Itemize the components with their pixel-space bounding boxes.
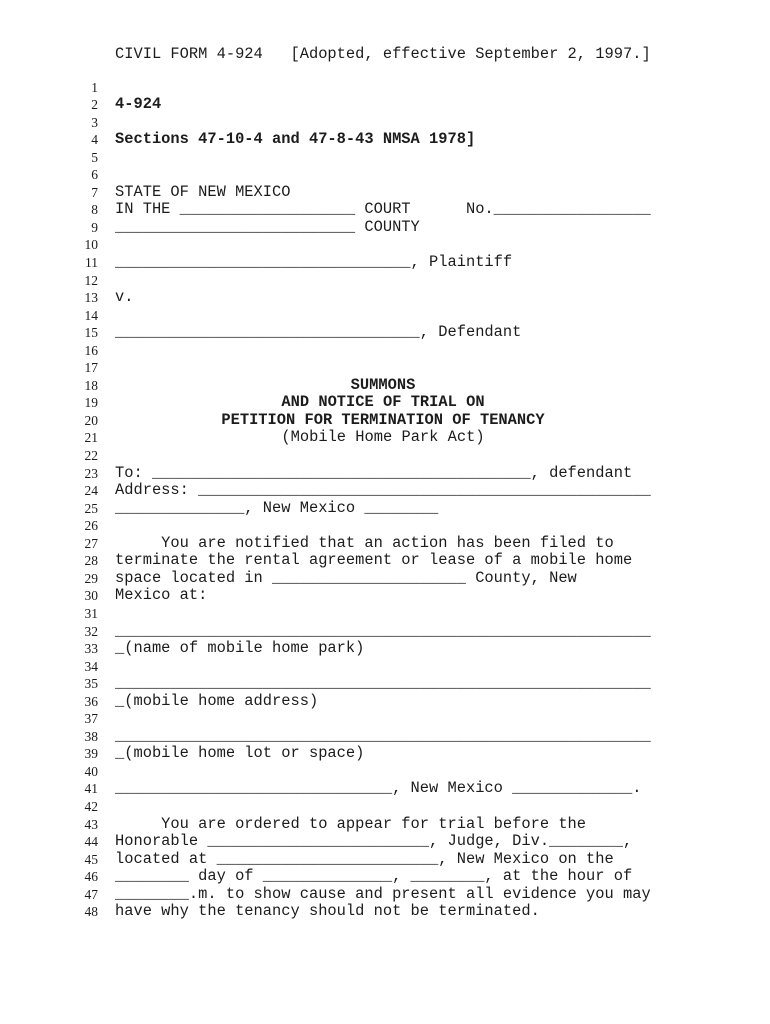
line-text <box>115 447 651 465</box>
line-text <box>115 149 651 167</box>
line-row: 45located at ________________________, N… <box>0 851 770 869</box>
line-text <box>115 166 651 184</box>
line-number: 26 <box>0 517 98 535</box>
line-row: 36_(mobile home address) <box>0 693 770 711</box>
line-text <box>115 79 651 97</box>
line-row: 16 <box>0 342 770 360</box>
line-text: IN THE ___________________ COURT No.____… <box>115 201 651 219</box>
line-number: 46 <box>0 868 98 886</box>
line-row: 47________.m. to show cause and present … <box>0 886 770 904</box>
line-row: 23To: __________________________________… <box>0 465 770 483</box>
line-row: 41______________________________, New Me… <box>0 780 770 798</box>
line-row: 12 <box>0 272 770 290</box>
line-text <box>115 517 651 535</box>
line-row: 3 <box>0 114 770 132</box>
line-text: _(mobile home address) <box>115 693 651 711</box>
line-number: 39 <box>0 745 98 763</box>
line-text: Address: _______________________________… <box>115 482 651 500</box>
line-number: 14 <box>0 307 98 325</box>
line-number: 25 <box>0 500 98 518</box>
line-text: Honorable ________________________, Judg… <box>115 833 651 851</box>
line-number: 40 <box>0 763 98 781</box>
line-text <box>115 272 651 290</box>
line-text: You are ordered to appear for trial befo… <box>115 816 651 834</box>
line-number: 20 <box>0 412 98 430</box>
line-text: ______________, New Mexico ________ <box>115 500 651 518</box>
line-row: 29space located in _____________________… <box>0 570 770 588</box>
line-number: 16 <box>0 342 98 360</box>
line-number: 15 <box>0 324 98 342</box>
line-number: 23 <box>0 465 98 483</box>
line-text <box>115 763 651 781</box>
line-number: 17 <box>0 359 98 377</box>
line-number: 6 <box>0 166 98 184</box>
line-row: 31 <box>0 605 770 623</box>
line-number: 47 <box>0 886 98 904</box>
line-row: 46________ day of ______________, ______… <box>0 868 770 886</box>
line-number: 5 <box>0 149 98 167</box>
line-number: 24 <box>0 482 98 500</box>
line-text: PETITION FOR TERMINATION OF TENANCY <box>115 412 651 430</box>
line-number: 35 <box>0 675 98 693</box>
line-number: 7 <box>0 184 98 202</box>
line-row: 26 <box>0 517 770 535</box>
line-row: 37 <box>0 710 770 728</box>
line-number: 22 <box>0 447 98 465</box>
line-text <box>115 236 651 254</box>
line-number: 36 <box>0 693 98 711</box>
document-page: CIVIL FORM 4-924 [Adopted, effective Sep… <box>0 0 770 1024</box>
line-row: 21(Mobile Home Park Act) <box>0 429 770 447</box>
line-number: 13 <box>0 289 98 307</box>
line-row: 43 You are ordered to appear for trial b… <box>0 816 770 834</box>
line-number: 28 <box>0 552 98 570</box>
line-row: 10 <box>0 236 770 254</box>
line-row: 5 <box>0 149 770 167</box>
line-text: ________________________________________… <box>115 728 651 746</box>
line-row: 42 <box>0 798 770 816</box>
line-text <box>115 710 651 728</box>
line-row: 28terminate the rental agreement or leas… <box>0 552 770 570</box>
line-row: 33_(name of mobile home park) <box>0 640 770 658</box>
line-number: 3 <box>0 114 98 132</box>
line-row: 25______________, New Mexico ________ <box>0 500 770 518</box>
line-text <box>115 605 651 623</box>
line-row: 40 <box>0 763 770 781</box>
line-row: 15_________________________________, Def… <box>0 324 770 342</box>
line-number: 12 <box>0 272 98 290</box>
line-row: 27 You are notified that an action has b… <box>0 535 770 553</box>
line-row: 32______________________________________… <box>0 623 770 641</box>
line-row: 34 <box>0 658 770 676</box>
line-row: 1 <box>0 79 770 97</box>
line-row: 38______________________________________… <box>0 728 770 746</box>
line-number: 19 <box>0 394 98 412</box>
line-row: 44Honorable ________________________, Ju… <box>0 833 770 851</box>
line-number: 33 <box>0 640 98 658</box>
line-number: 9 <box>0 219 98 237</box>
line-number: 4 <box>0 131 98 149</box>
line-number: 38 <box>0 728 98 746</box>
line-row: 22 <box>0 447 770 465</box>
line-text: SUMMONS <box>115 377 651 395</box>
line-row: 24-924 <box>0 96 770 114</box>
line-row: 35______________________________________… <box>0 675 770 693</box>
line-text: ________ day of ______________, ________… <box>115 868 651 886</box>
line-text: _________________________________, Defen… <box>115 324 651 342</box>
line-number: 21 <box>0 429 98 447</box>
line-text: You are notified that an action has been… <box>115 535 651 553</box>
line-row: 9__________________________ COUNTY <box>0 219 770 237</box>
line-list: 124-92434Sections 47-10-4 and 47-8-43 NM… <box>0 79 770 921</box>
line-number: 34 <box>0 658 98 676</box>
line-number: 42 <box>0 798 98 816</box>
line-number: 10 <box>0 236 98 254</box>
line-row: 20PETITION FOR TERMINATION OF TENANCY <box>0 412 770 430</box>
line-number: 37 <box>0 710 98 728</box>
line-text: STATE OF NEW MEXICO <box>115 184 651 202</box>
line-row: 48have why the tenancy should not be ter… <box>0 903 770 921</box>
line-number: 18 <box>0 377 98 395</box>
header-number-gutter <box>0 46 98 64</box>
line-text: terminate the rental agreement or lease … <box>115 552 651 570</box>
line-number: 27 <box>0 535 98 553</box>
line-number: 43 <box>0 816 98 834</box>
line-number: 45 <box>0 851 98 869</box>
line-row: 13v. <box>0 289 770 307</box>
line-text <box>115 658 651 676</box>
line-row: 39_(mobile home lot or space) <box>0 745 770 763</box>
line-row: 11________________________________, Plai… <box>0 254 770 272</box>
line-row: 17 <box>0 359 770 377</box>
line-row: 4Sections 47-10-4 and 47-8-43 NMSA 1978] <box>0 131 770 149</box>
line-number: 44 <box>0 833 98 851</box>
line-text: (Mobile Home Park Act) <box>115 429 651 447</box>
line-text: have why the tenancy should not be termi… <box>115 903 651 921</box>
line-number: 30 <box>0 587 98 605</box>
line-text: Sections 47-10-4 and 47-8-43 NMSA 1978] <box>115 131 651 149</box>
line-text: ________.m. to show cause and present al… <box>115 886 651 904</box>
line-text: Mexico at: <box>115 587 651 605</box>
header-gap <box>0 64 770 79</box>
line-text: __________________________ COUNTY <box>115 219 651 237</box>
line-number: 11 <box>0 254 98 272</box>
line-row: 19AND NOTICE OF TRIAL ON <box>0 394 770 412</box>
line-number: 29 <box>0 570 98 588</box>
line-text: located at ________________________, New… <box>115 851 651 869</box>
line-row: 30Mexico at: <box>0 587 770 605</box>
line-number: 31 <box>0 605 98 623</box>
line-number: 48 <box>0 903 98 921</box>
header-row: CIVIL FORM 4-924 [Adopted, effective Sep… <box>0 46 770 64</box>
line-number: 2 <box>0 96 98 114</box>
line-text <box>115 798 651 816</box>
line-text: ________________________________________… <box>115 675 651 693</box>
line-text: _(mobile home lot or space) <box>115 745 651 763</box>
line-row: 14 <box>0 307 770 325</box>
line-text: ______________________________, New Mexi… <box>115 780 651 798</box>
line-number: 8 <box>0 201 98 219</box>
line-text: 4-924 <box>115 96 651 114</box>
line-row: 18SUMMONS <box>0 377 770 395</box>
line-text: _(name of mobile home park) <box>115 640 651 658</box>
line-text: space located in _____________________ C… <box>115 570 651 588</box>
line-number: 32 <box>0 623 98 641</box>
line-text: ________________________________________… <box>115 623 651 641</box>
line-text: AND NOTICE OF TRIAL ON <box>115 394 651 412</box>
line-row: 24Address: _____________________________… <box>0 482 770 500</box>
line-row: 7STATE OF NEW MEXICO <box>0 184 770 202</box>
line-text: To: ____________________________________… <box>115 465 651 483</box>
line-row: 6 <box>0 166 770 184</box>
line-text <box>115 114 651 132</box>
line-row: 8IN THE ___________________ COURT No.___… <box>0 201 770 219</box>
line-text <box>115 342 651 360</box>
form-header: CIVIL FORM 4-924 [Adopted, effective Sep… <box>115 46 651 64</box>
line-text: v. <box>115 289 651 307</box>
line-number: 1 <box>0 79 98 97</box>
line-text <box>115 359 651 377</box>
line-text <box>115 307 651 325</box>
line-number: 41 <box>0 780 98 798</box>
line-text: ________________________________, Plaint… <box>115 254 651 272</box>
